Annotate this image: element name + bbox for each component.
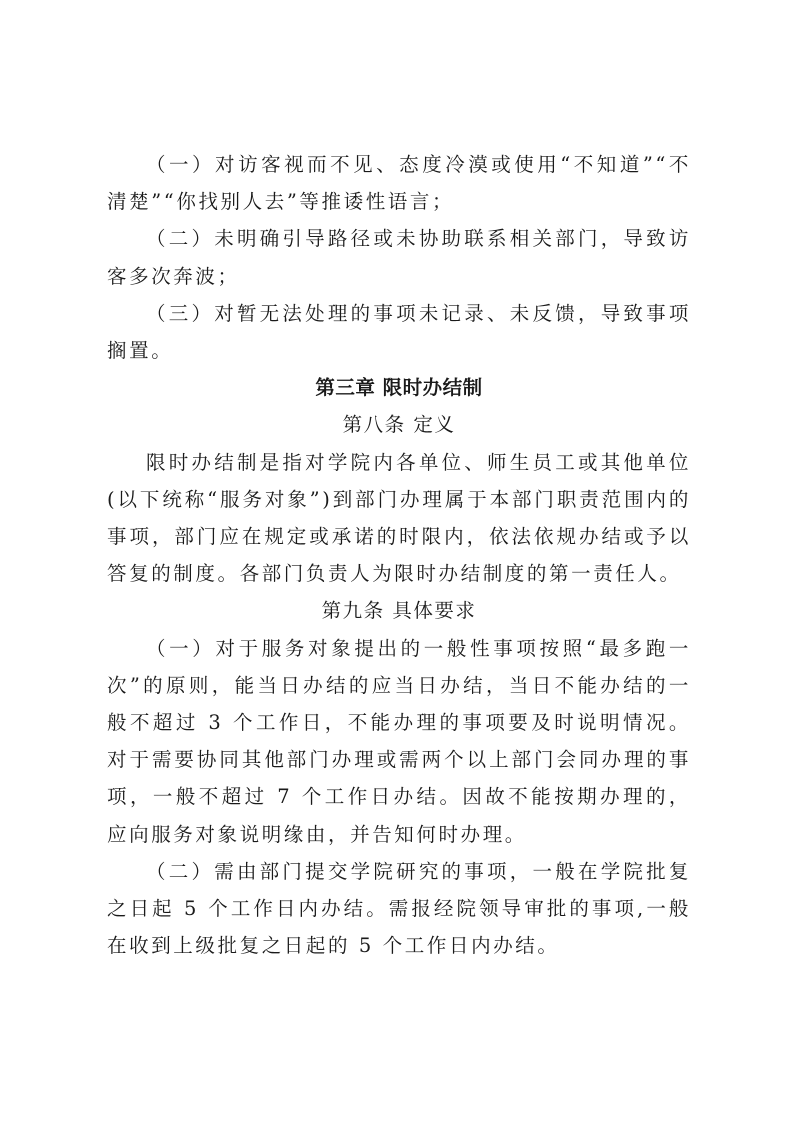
- list-item-3: （三）对暂无法处理的事项未记录、未反馈，导致事项搁置。: [107, 295, 691, 369]
- list-item-1: （一）对访客视而不见、态度冷漠或使用“不知道”“不清楚”“你找别人去”等推诿性语…: [107, 146, 691, 220]
- article-9-title: 第九条 具体要求: [107, 592, 691, 629]
- article-9-item-1: （一）对于服务对象提出的一般性事项按照“最多跑一次”的原则，能当日办结的应当日办…: [107, 630, 691, 853]
- article-8-body: 限时办结制是指对学院内各单位、师生员工或其他单位(以下统称“服务对象”)到部门办…: [107, 444, 691, 593]
- article-8-title: 第八条 定义: [107, 406, 691, 443]
- document-page: （一）对访客视而不见、态度冷漠或使用“不知道”“不清楚”“你找别人去”等推诿性语…: [107, 146, 691, 964]
- list-item-2: （二）未明确引导路径或未协助联系相关部门，导致访客多次奔波；: [107, 220, 691, 294]
- article-9-item-2: （二）需由部门提交学院研究的事项，一般在学院批复之日起 5 个工作日内办结。需报…: [107, 853, 691, 965]
- chapter-title: 第三章 限时办结制: [107, 369, 691, 406]
